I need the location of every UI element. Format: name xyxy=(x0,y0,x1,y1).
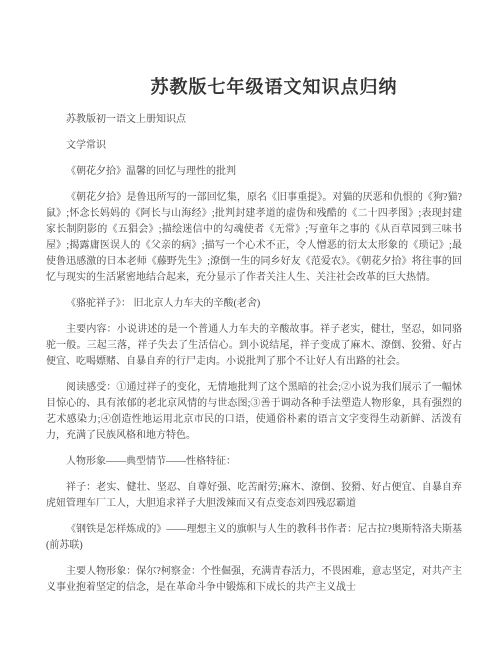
heading-how-steel-was-tempered: 《钢铁是怎样炼成的》——理想主义的旗帜与人生的教科书作者：尼古拉?奥斯特洛夫斯基… xyxy=(46,522,462,554)
subheading-literary-common-sense: 文学常识 xyxy=(46,138,462,154)
heading-luotuo-xiangzi: 《骆驼祥子》： 旧北京人力车夫的辛酸(老舍) xyxy=(46,296,462,312)
paragraph-xiangzi-traits: 祥子：老实、健壮、坚忍、自尊好强、吃苦耐劳;麻木、潦倒、狡猾、好占便宜、自暴自弃… xyxy=(46,480,462,512)
heading-zhaohuaxishi: 《朝花夕拾》温馨的回忆与理性的批判 xyxy=(46,164,462,180)
page-title: 苏教版七年级语文知识点归纳 xyxy=(66,74,482,100)
subheading-booklet: 苏教版初一语文上册知识点 xyxy=(46,112,462,128)
paragraph-reading-impressions: 阅读感受：①通过祥子的变化，无情地批判了这个黑暗的社会;②小说为我们展示了一幅怵… xyxy=(46,380,462,444)
paragraph-pavel-character: 主要人物形象：保尔?柯察金：个性倔强，充满青春活力，不畏困难，意志坚定，对共产主… xyxy=(46,564,462,596)
document-page: 苏教版七年级语文知识点归纳 苏教版初一语文上册知识点 文学常识 《朝花夕拾》温馨… xyxy=(0,0,500,647)
paragraph-zhaohuaxishi-summary: 《朝花夕拾》是鲁迅所写的一部回忆集，原名《旧事重提》。对猫的厌恶和仇恨的《狗?猫… xyxy=(46,190,462,286)
heading-character-trait-pattern: 人物形象——典型情节——性格特征： xyxy=(46,454,462,470)
paragraph-xiangzi-main-content: 主要内容：小说讲述的是一个普通人力车夫的辛酸故事。祥子老实，健壮，坚忍，如同骆驼… xyxy=(46,322,462,370)
